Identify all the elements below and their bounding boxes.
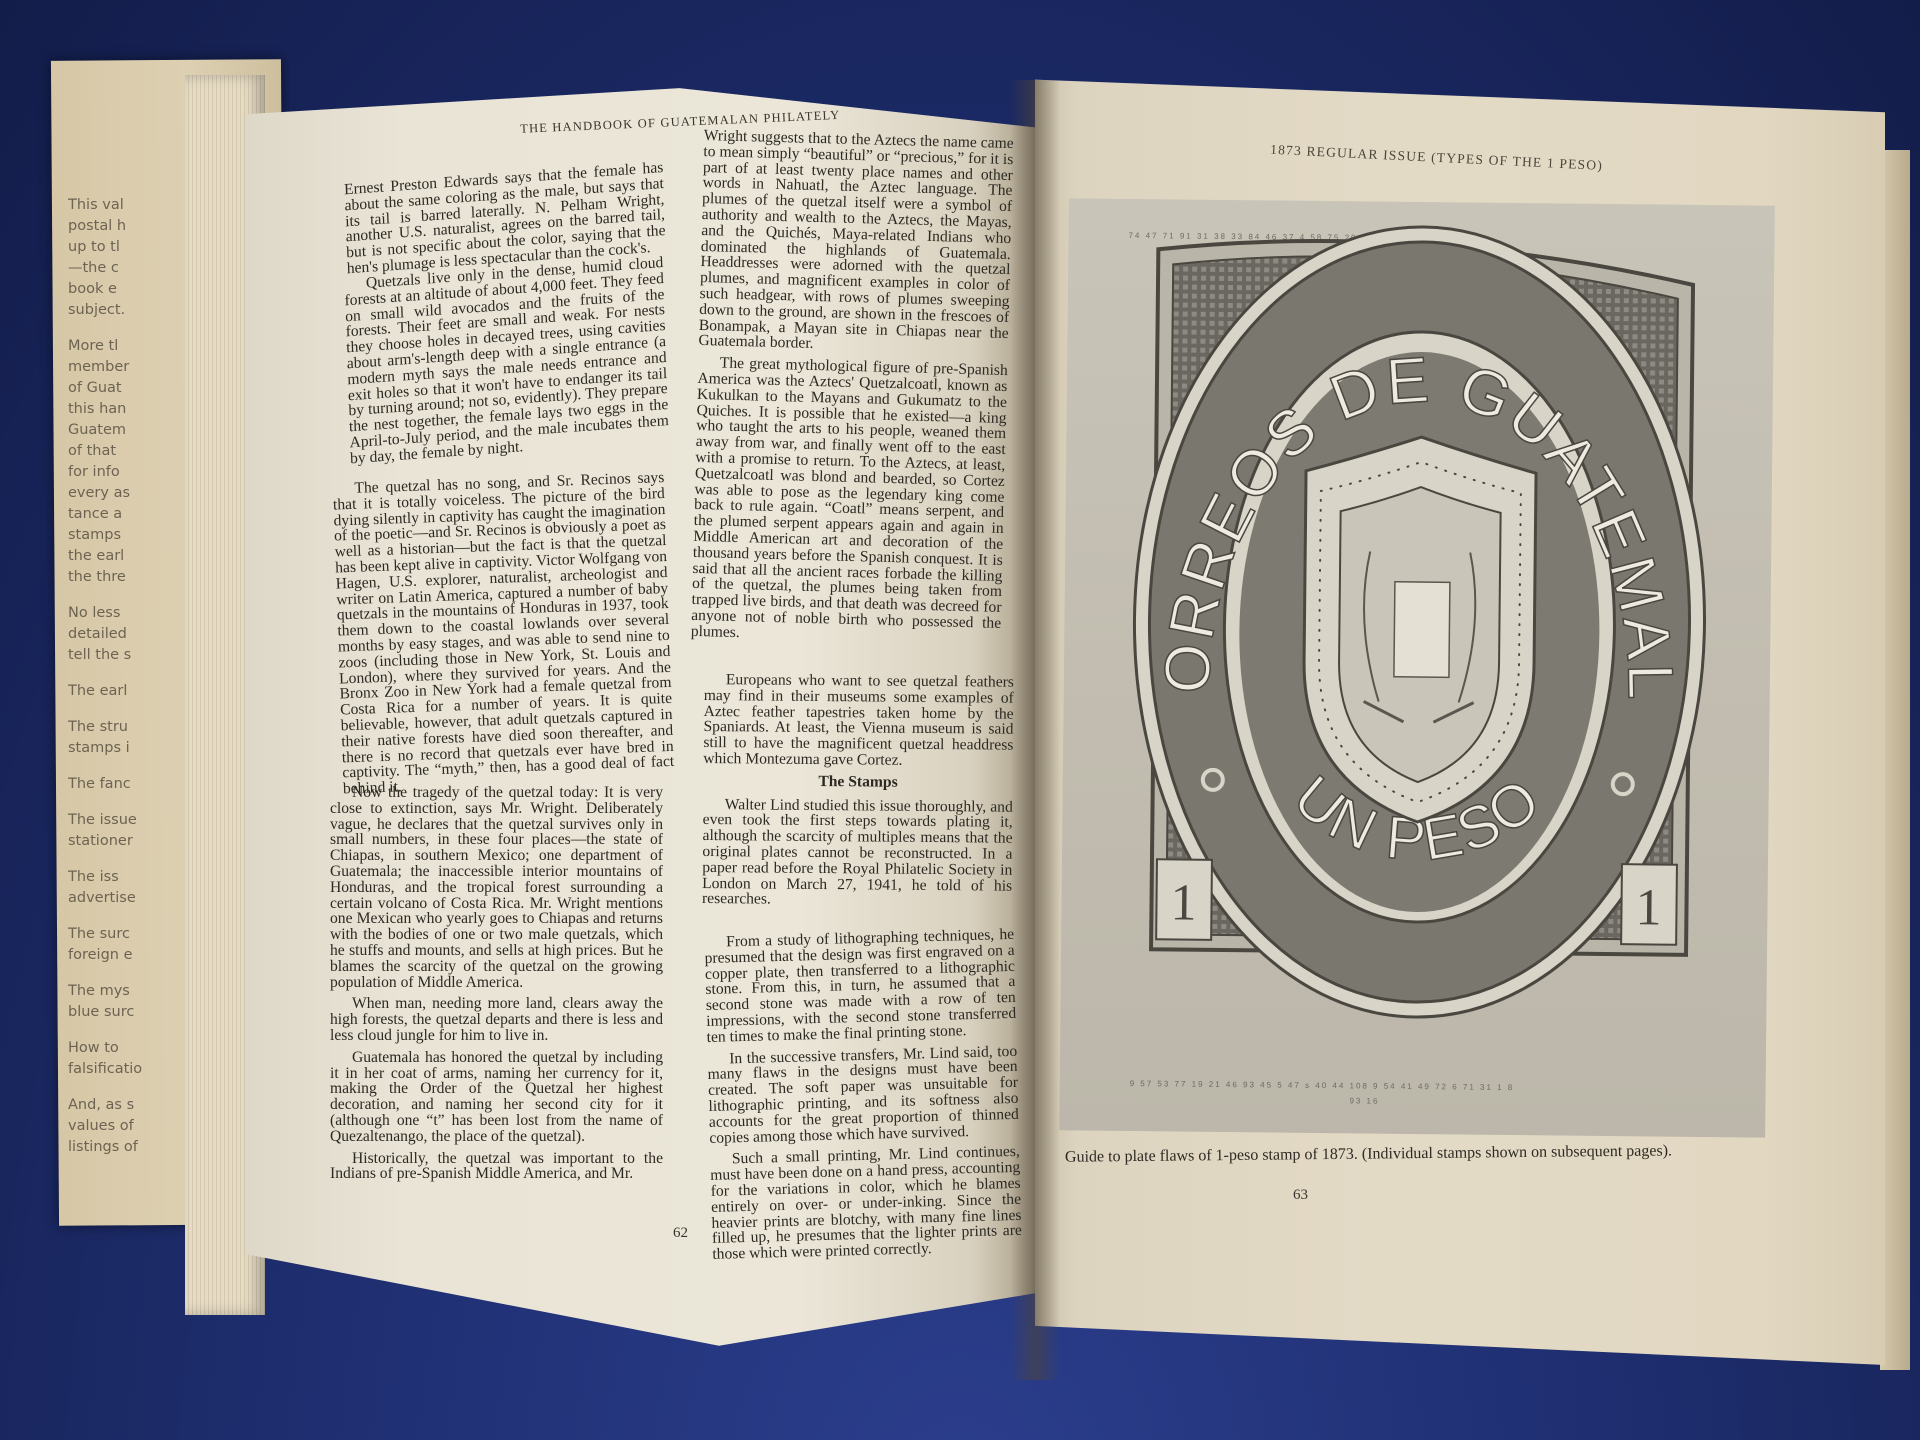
jacket-paragraph: The issadvertise — [68, 867, 173, 909]
jacket-paragraph: The strustamps i — [68, 717, 173, 759]
jacket-line: this han — [68, 399, 173, 420]
jacket-line: The iss — [68, 867, 173, 888]
jacket-line: tance a — [68, 504, 173, 525]
paragraph: Now the tragedy of the quetzal today: It… — [330, 785, 663, 990]
jacket-line: of that — [68, 441, 173, 462]
jacket-line: How to — [68, 1038, 173, 1059]
jacket-line: subject. — [68, 300, 173, 321]
jacket-paragraph: The fanc — [68, 774, 173, 795]
left-column-2-bottom: From a study of lithographing techniques… — [704, 927, 1023, 1269]
jacket-line: listings of — [68, 1137, 173, 1158]
jacket-flap-text: This valpostal hup to tl—the cbook esubj… — [68, 195, 173, 1173]
jacket-line: tell the s — [68, 645, 173, 666]
page-number-right: 63 — [1293, 1187, 1308, 1204]
corner-value-left: 1 — [1170, 874, 1197, 931]
jacket-line: The mys — [68, 981, 173, 1002]
jacket-line: stationer — [68, 831, 173, 852]
jacket-paragraph: No lessdetailedtell the s — [68, 603, 173, 666]
section-heading-the-stamps: The Stamps — [703, 773, 1013, 792]
left-column-2-top: Wright suggests that to the Aztecs the n… — [690, 128, 1013, 653]
jacket-paragraph: The earl — [68, 681, 173, 702]
jacket-line: No less — [68, 603, 173, 624]
jacket-line: This val — [68, 195, 173, 216]
jacket-line: the earl — [68, 546, 173, 567]
jacket-line: every as — [68, 483, 173, 504]
paragraph: From a study of lithographing techniques… — [704, 927, 1017, 1046]
jacket-line: The fanc — [68, 774, 173, 795]
jacket-line: foreign e — [68, 945, 173, 966]
jacket-line: The earl — [68, 681, 173, 702]
jacket-line: The issue — [68, 810, 173, 831]
corner-value-right: 1 — [1635, 879, 1662, 936]
paragraph: The quetzal has no song, and Sr. Recinos… — [332, 470, 675, 797]
jacket-line: of Guat — [68, 378, 173, 399]
stamp-plate-photo: 74 47 71 91 31 38 33 84 46 37 4 58 75 20… — [1059, 198, 1775, 1137]
jacket-paragraph: And, as svalues oflistings of — [68, 1095, 173, 1158]
stamp-illustration: 1 1 CORREOS DE GUATEMALA UN PESO — [1110, 219, 1729, 1055]
jacket-line: up to tl — [68, 237, 173, 258]
jacket-line: values of — [68, 1116, 173, 1137]
jacket-line: The stru — [68, 717, 173, 738]
flaw-numbers-bottom-2: 93 16 — [1349, 1096, 1379, 1105]
paragraph: In the successive transfers, Mr. Lind sa… — [707, 1043, 1019, 1146]
page-number-left: 62 — [673, 1225, 688, 1242]
left-column-2-mid: Europeans who want to see quetzal feathe… — [702, 672, 1014, 916]
jacket-line: the thre — [68, 567, 173, 588]
jacket-paragraph: The mysblue surc — [68, 981, 173, 1023]
jacket-line: for info — [68, 462, 173, 483]
jacket-paragraph: The issuestationer — [68, 810, 173, 852]
left-column-1-bottom: Now the tragedy of the quetzal today: It… — [330, 785, 663, 1188]
jacket-line: book e — [68, 279, 173, 300]
paragraph: The great mythological figure of pre-Spa… — [691, 355, 1008, 647]
jacket-line: The surc — [68, 924, 173, 945]
paragraph: When man, needing more land, clears away… — [330, 996, 663, 1043]
paragraph: Walter Lind studied this issue thoroughl… — [702, 797, 1013, 910]
jacket-line: More tl — [68, 336, 173, 357]
jacket-paragraph: How tofalsificatio — [68, 1038, 173, 1080]
jacket-line: blue surc — [68, 1002, 173, 1023]
left-column-1-mid: The quetzal has no song, and Sr. Recinos… — [332, 470, 675, 803]
book-photo-scene: This valpostal hup to tl—the cbook esubj… — [0, 0, 1920, 1440]
jacket-paragraph: More tlmemberof Guatthis hanGuatemof tha… — [68, 336, 173, 588]
paragraph: Quetzals live only in the dense, humid c… — [344, 255, 670, 467]
flaw-numbers-bottom: 9 57 53 77 19 21 46 93 45 5 47 s 40 44 1… — [1130, 1079, 1515, 1092]
left-column-1-quetzal-habitat: Quetzals live only in the dense, humid c… — [344, 255, 670, 473]
jacket-paragraph: This valpostal hup to tl—the cbook esubj… — [68, 195, 173, 321]
jacket-line: —the c — [68, 258, 173, 279]
jacket-line: member — [68, 357, 173, 378]
jacket-line: stamps i — [68, 738, 173, 759]
jacket-line: advertise — [68, 888, 173, 909]
jacket-line: detailed — [68, 624, 173, 645]
paragraph: Such a small printing, Mr. Lind continue… — [710, 1144, 1023, 1263]
paragraph: Guatemala has honored the quetzal by inc… — [330, 1050, 663, 1145]
jacket-line: Guatem — [68, 420, 173, 441]
jacket-line: stamps — [68, 525, 173, 546]
jacket-line: falsificatio — [68, 1059, 173, 1080]
jacket-line: postal h — [68, 216, 173, 237]
paragraph: Historically, the quetzal was important … — [330, 1151, 663, 1183]
paragraph: Wright suggests that to the Aztecs the n… — [698, 128, 1014, 357]
jacket-paragraph: The surcforeign e — [68, 924, 173, 966]
paragraph: Europeans who want to see quetzal feathe… — [703, 672, 1014, 769]
jacket-line: And, as s — [68, 1095, 173, 1116]
